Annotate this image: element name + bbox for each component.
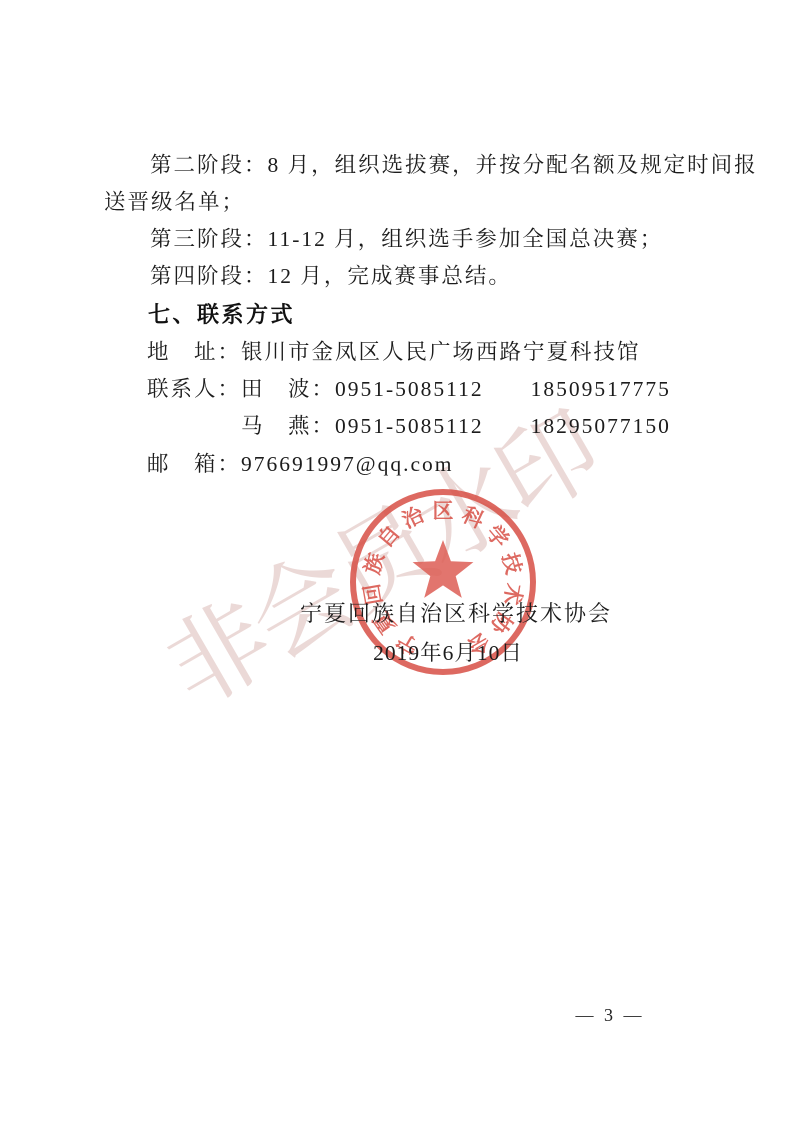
svg-text:技: 技 [497,550,526,576]
contact-person2-value: 马 燕：0951-5085112 18295077150 [241,414,671,438]
svg-text:区: 区 [433,499,454,523]
contact-person1-value: 田 波：0951-5085112 18509517775 [241,377,671,401]
contact-address-row: 地 址：银川市金凤区人民广场西路宁夏科技馆 [147,339,641,365]
svg-text:学: 学 [481,521,513,553]
signature-organization: 宁夏回族自治区科学技术协会 [300,597,596,628]
svg-text:自: 自 [373,521,405,553]
svg-text:族: 族 [360,550,389,576]
paragraph-stage3: 第三阶段：11-12 月，组织选手参加全国总决赛； [150,226,663,252]
address-label: 地 址： [147,340,241,364]
contact-person2-row: 马 燕：0951-5085112 18295077150 [241,413,671,439]
contact-email-row: 邮 箱：976691997@qq.com [147,451,453,477]
address-value: 银川市金凤区人民广场西路宁夏科技馆 [241,340,641,364]
svg-text:科: 科 [458,502,488,533]
paragraph-stage4: 第四阶段：12 月，完成赛事总结。 [150,263,512,289]
page-number: — 3 — [540,1005,680,1026]
star-icon [413,540,474,598]
email-label: 邮 箱： [147,452,241,476]
svg-text:治: 治 [398,502,428,533]
contact-person-label: 联系人： [147,377,241,401]
signature-date: 2019年6月10日 [300,636,596,667]
document-page: 非会员水印 第二阶段：8 月，组织选拔赛，并按分配名额及规定时间报 送晋级名单；… [0,0,793,1122]
email-value: 976691997@qq.com [241,452,453,476]
paragraph-stage2-line2: 送晋级名单； [104,189,245,215]
contact-person1-row: 联系人：田 波：0951-5085112 18509517775 [147,376,671,402]
paragraph-stage2-line1: 第二阶段：8 月，组织选拔赛，并按分配名额及规定时间报 [150,152,758,178]
section-heading-contact: 七、联系方式 [148,302,295,328]
